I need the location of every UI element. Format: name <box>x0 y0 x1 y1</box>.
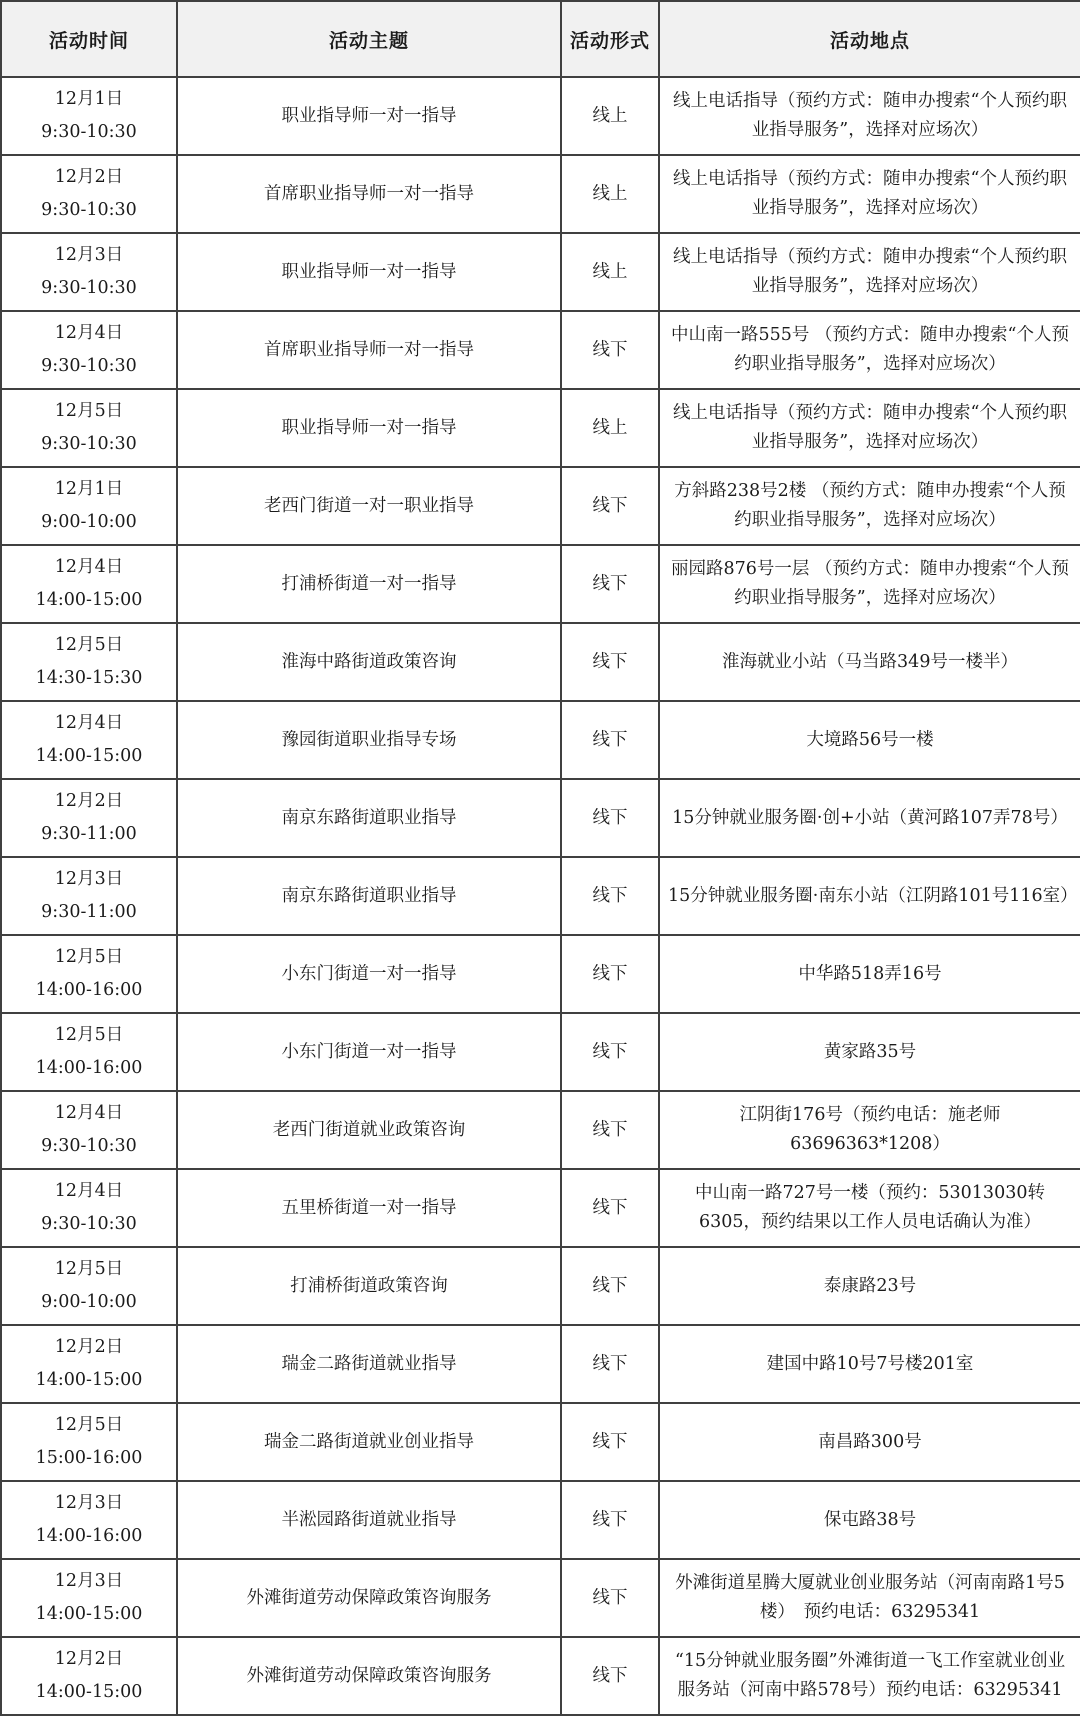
activity-location-cell: 建国中路10号7号楼201室 <box>659 1325 1080 1403</box>
activity-form-cell: 线下 <box>561 1403 659 1481</box>
activity-time: 14:00-16:00 <box>10 1520 168 1553</box>
activity-form-cell: 线下 <box>561 1481 659 1559</box>
activity-location-cell: 黄家路35号 <box>659 1013 1080 1091</box>
activity-location-cell: “15分钟就业服务圈”外滩街道一飞工作室就业创业服务站（河南中路578号）预约电… <box>659 1637 1080 1715</box>
activity-form-cell: 线下 <box>561 623 659 701</box>
activity-time-cell: 12月1日 9:00-10:00 <box>1 467 177 545</box>
activity-date: 12月1日 <box>10 473 168 506</box>
activity-time: 9:30-11:00 <box>10 818 168 851</box>
activity-topic-cell: 首席职业指导师一对一指导 <box>177 311 561 389</box>
activity-date: 12月2日 <box>10 785 168 818</box>
table-row: 12月5日 14:30-15:30 淮海中路街道政策咨询 线下 淮海就业小站（马… <box>1 623 1080 701</box>
activity-time-cell: 12月2日 14:00-15:00 <box>1 1325 177 1403</box>
activity-time-cell: 12月2日 9:30-11:00 <box>1 779 177 857</box>
activity-topic-cell: 南京东路街道职业指导 <box>177 779 561 857</box>
activity-form-cell: 线下 <box>561 1169 659 1247</box>
table-row: 12月3日 9:30-11:00 南京东路街道职业指导 线下 15分钟就业服务圈… <box>1 857 1080 935</box>
activity-date: 12月4日 <box>10 707 168 740</box>
activity-time-cell: 12月5日 14:30-15:30 <box>1 623 177 701</box>
activity-topic-cell: 瑞金二路街道就业创业指导 <box>177 1403 561 1481</box>
activity-location-cell: 线上电话指导（预约方式：随申办搜索“个人预约职业指导服务”，选择对应场次） <box>659 77 1080 155</box>
activity-location-cell: 外滩街道星腾大厦就业创业服务站（河南南路1号5楼） 预约电话：63295341 <box>659 1559 1080 1637</box>
activity-location-cell: 15分钟就业服务圈·创+小站（黄河路107弄78号） <box>659 779 1080 857</box>
table-row: 12月4日 9:30-10:30 五里桥街道一对一指导 线下 中山南一路727号… <box>1 1169 1080 1247</box>
activity-time-cell: 12月2日 9:30-10:30 <box>1 155 177 233</box>
activity-date: 12月5日 <box>10 941 168 974</box>
activity-topic-cell: 职业指导师一对一指导 <box>177 389 561 467</box>
activity-schedule-table: 活动时间 活动主题 活动形式 活动地点 12月1日 9:30-10:30 职业指… <box>0 0 1080 1716</box>
activity-topic-cell: 外滩街道劳动保障政策咨询服务 <box>177 1559 561 1637</box>
activity-date: 12月4日 <box>10 1097 168 1130</box>
activity-form-cell: 线上 <box>561 155 659 233</box>
activity-time: 9:30-10:30 <box>10 1130 168 1163</box>
activity-time-cell: 12月4日 14:00-15:00 <box>1 701 177 779</box>
activity-topic-cell: 半淞园路街道就业指导 <box>177 1481 561 1559</box>
activity-time-cell: 12月1日 9:30-10:30 <box>1 77 177 155</box>
activity-form-cell: 线下 <box>561 1325 659 1403</box>
activity-location-cell: 线上电话指导（预约方式：随申办搜索“个人预约职业指导服务”，选择对应场次） <box>659 155 1080 233</box>
activity-form-cell: 线下 <box>561 779 659 857</box>
activity-form-cell: 线下 <box>561 1091 659 1169</box>
activity-topic-cell: 五里桥街道一对一指导 <box>177 1169 561 1247</box>
activity-topic-cell: 老西门街道一对一职业指导 <box>177 467 561 545</box>
activity-time: 9:30-10:30 <box>10 272 168 305</box>
table-row: 12月2日 9:30-10:30 首席职业指导师一对一指导 线上 线上电话指导（… <box>1 155 1080 233</box>
activity-form-cell: 线下 <box>561 1013 659 1091</box>
activity-location-cell: 南昌路300号 <box>659 1403 1080 1481</box>
activity-time-cell: 12月5日 15:00-16:00 <box>1 1403 177 1481</box>
activity-time-cell: 12月4日 9:30-10:30 <box>1 311 177 389</box>
table-row: 12月3日 14:00-15:00 外滩街道劳动保障政策咨询服务 线下 外滩街道… <box>1 1559 1080 1637</box>
activity-time: 9:00-10:00 <box>10 506 168 539</box>
activity-time: 14:00-15:00 <box>10 1676 168 1709</box>
activity-topic-cell: 小东门街道一对一指导 <box>177 935 561 1013</box>
activity-date: 12月4日 <box>10 1175 168 1208</box>
activity-time: 14:00-15:00 <box>10 740 168 773</box>
activity-date: 12月2日 <box>10 1643 168 1676</box>
activity-time: 14:00-15:00 <box>10 584 168 617</box>
page: 活动时间 活动主题 活动形式 活动地点 12月1日 9:30-10:30 职业指… <box>0 0 1080 1716</box>
activity-time-cell: 12月4日 14:00-15:00 <box>1 545 177 623</box>
table-row: 12月3日 9:30-10:30 职业指导师一对一指导 线上 线上电话指导（预约… <box>1 233 1080 311</box>
table-row: 12月1日 9:00-10:00 老西门街道一对一职业指导 线下 方斜路238号… <box>1 467 1080 545</box>
activity-time-cell: 12月5日 9:30-10:30 <box>1 389 177 467</box>
table-row: 12月5日 9:00-10:00 打浦桥街道政策咨询 线下 泰康路23号 <box>1 1247 1080 1325</box>
activity-topic-cell: 淮海中路街道政策咨询 <box>177 623 561 701</box>
table-row: 12月2日 9:30-11:00 南京东路街道职业指导 线下 15分钟就业服务圈… <box>1 779 1080 857</box>
activity-time: 14:00-15:00 <box>10 1598 168 1631</box>
activity-date: 12月5日 <box>10 1409 168 1442</box>
activity-time: 9:30-10:30 <box>10 194 168 227</box>
table-row: 12月2日 14:00-15:00 外滩街道劳动保障政策咨询服务 线下 “15分… <box>1 1637 1080 1715</box>
header-activity-location: 活动地点 <box>659 1 1080 77</box>
table-row: 12月4日 14:00-15:00 打浦桥街道一对一指导 线下 丽园路876号一… <box>1 545 1080 623</box>
activity-date: 12月1日 <box>10 83 168 116</box>
activity-location-cell: 江阴街176号（预约电话：施老师63696363*1208） <box>659 1091 1080 1169</box>
activity-date: 12月3日 <box>10 1487 168 1520</box>
activity-time-cell: 12月3日 14:00-15:00 <box>1 1559 177 1637</box>
activity-time: 9:30-10:30 <box>10 116 168 149</box>
activity-date: 12月5日 <box>10 629 168 662</box>
table-row: 12月5日 14:00-16:00 小东门街道一对一指导 线下 中华路518弄1… <box>1 935 1080 1013</box>
activity-time: 9:00-10:00 <box>10 1286 168 1319</box>
activity-form-cell: 线下 <box>561 467 659 545</box>
activity-topic-cell: 南京东路街道职业指导 <box>177 857 561 935</box>
activity-form-cell: 线下 <box>561 1637 659 1715</box>
activity-date: 12月5日 <box>10 1019 168 1052</box>
activity-time: 14:00-15:00 <box>10 1364 168 1397</box>
activity-time-cell: 12月3日 9:30-10:30 <box>1 233 177 311</box>
table-row: 12月5日 15:00-16:00 瑞金二路街道就业创业指导 线下 南昌路300… <box>1 1403 1080 1481</box>
activity-date: 12月2日 <box>10 1331 168 1364</box>
header-activity-form: 活动形式 <box>561 1 659 77</box>
activity-time: 9:30-10:30 <box>10 1208 168 1241</box>
activity-location-cell: 泰康路23号 <box>659 1247 1080 1325</box>
table-row: 12月1日 9:30-10:30 职业指导师一对一指导 线上 线上电话指导（预约… <box>1 77 1080 155</box>
activity-time-cell: 12月4日 9:30-10:30 <box>1 1169 177 1247</box>
table-row: 12月4日 9:30-10:30 老西门街道就业政策咨询 线下 江阴街176号（… <box>1 1091 1080 1169</box>
activity-form-cell: 线上 <box>561 77 659 155</box>
activity-time: 9:30-10:30 <box>10 350 168 383</box>
activity-topic-cell: 小东门街道一对一指导 <box>177 1013 561 1091</box>
activity-time: 9:30-11:00 <box>10 896 168 929</box>
activity-form-cell: 线下 <box>561 311 659 389</box>
activity-time: 15:00-16:00 <box>10 1442 168 1475</box>
activity-time-cell: 12月2日 14:00-15:00 <box>1 1637 177 1715</box>
activity-topic-cell: 老西门街道就业政策咨询 <box>177 1091 561 1169</box>
activity-topic-cell: 瑞金二路街道就业指导 <box>177 1325 561 1403</box>
activity-date: 12月3日 <box>10 863 168 896</box>
activity-date: 12月2日 <box>10 161 168 194</box>
activity-form-cell: 线下 <box>561 935 659 1013</box>
table-body: 12月1日 9:30-10:30 职业指导师一对一指导 线上 线上电话指导（预约… <box>1 77 1080 1715</box>
activity-time: 14:00-16:00 <box>10 974 168 1007</box>
activity-location-cell: 15分钟就业服务圈·南东小站（江阴路101号116室） <box>659 857 1080 935</box>
activity-time-cell: 12月5日 9:00-10:00 <box>1 1247 177 1325</box>
activity-form-cell: 线上 <box>561 389 659 467</box>
table-row: 12月4日 9:30-10:30 首席职业指导师一对一指导 线下 中山南一路55… <box>1 311 1080 389</box>
activity-location-cell: 淮海就业小站（马当路349号一楼半） <box>659 623 1080 701</box>
activity-location-cell: 方斜路238号2楼 （预约方式：随申办搜索“个人预约职业指导服务”，选择对应场次… <box>659 467 1080 545</box>
activity-date: 12月3日 <box>10 239 168 272</box>
activity-form-cell: 线下 <box>561 701 659 779</box>
activity-topic-cell: 职业指导师一对一指导 <box>177 77 561 155</box>
activity-time: 14:00-16:00 <box>10 1052 168 1085</box>
activity-topic-cell: 外滩街道劳动保障政策咨询服务 <box>177 1637 561 1715</box>
activity-topic-cell: 豫园街道职业指导专场 <box>177 701 561 779</box>
activity-location-cell: 中华路518弄16号 <box>659 935 1080 1013</box>
activity-form-cell: 线上 <box>561 233 659 311</box>
activity-location-cell: 保屯路38号 <box>659 1481 1080 1559</box>
activity-topic-cell: 首席职业指导师一对一指导 <box>177 155 561 233</box>
header-activity-time: 活动时间 <box>1 1 177 77</box>
activity-time-cell: 12月4日 9:30-10:30 <box>1 1091 177 1169</box>
activity-location-cell: 中山南一路555号 （预约方式：随申办搜索“个人预约职业指导服务”，选择对应场次… <box>659 311 1080 389</box>
activity-topic-cell: 打浦桥街道一对一指导 <box>177 545 561 623</box>
activity-time-cell: 12月3日 14:00-16:00 <box>1 1481 177 1559</box>
activity-form-cell: 线下 <box>561 857 659 935</box>
activity-date: 12月4日 <box>10 317 168 350</box>
table-row: 12月5日 14:00-16:00 小东门街道一对一指导 线下 黄家路35号 <box>1 1013 1080 1091</box>
activity-form-cell: 线下 <box>561 545 659 623</box>
header-activity-topic: 活动主题 <box>177 1 561 77</box>
activity-time: 9:30-10:30 <box>10 428 168 461</box>
activity-date: 12月4日 <box>10 551 168 584</box>
activity-location-cell: 线上电话指导（预约方式：随申办搜索“个人预约职业指导服务”，选择对应场次） <box>659 233 1080 311</box>
header-row: 活动时间 活动主题 活动形式 活动地点 <box>1 1 1080 77</box>
activity-form-cell: 线下 <box>561 1247 659 1325</box>
activity-time-cell: 12月5日 14:00-16:00 <box>1 935 177 1013</box>
table-row: 12月5日 9:30-10:30 职业指导师一对一指导 线上 线上电话指导（预约… <box>1 389 1080 467</box>
activity-topic-cell: 打浦桥街道政策咨询 <box>177 1247 561 1325</box>
table-row: 12月3日 14:00-16:00 半淞园路街道就业指导 线下 保屯路38号 <box>1 1481 1080 1559</box>
activity-date: 12月5日 <box>10 395 168 428</box>
table-row: 12月4日 14:00-15:00 豫园街道职业指导专场 线下 大境路56号一楼 <box>1 701 1080 779</box>
activity-location-cell: 大境路56号一楼 <box>659 701 1080 779</box>
activity-location-cell: 丽园路876号一层 （预约方式：随申办搜索“个人预约职业指导服务”，选择对应场次… <box>659 545 1080 623</box>
activity-location-cell: 线上电话指导（预约方式：随申办搜索“个人预约职业指导服务”，选择对应场次） <box>659 389 1080 467</box>
activity-time-cell: 12月3日 9:30-11:00 <box>1 857 177 935</box>
activity-date: 12月3日 <box>10 1565 168 1598</box>
activity-time: 14:30-15:30 <box>10 662 168 695</box>
activity-date: 12月5日 <box>10 1253 168 1286</box>
activity-time-cell: 12月5日 14:00-16:00 <box>1 1013 177 1091</box>
activity-location-cell: 中山南一路727号一楼（预约：53013030转6305，预约结果以工作人员电话… <box>659 1169 1080 1247</box>
table-row: 12月2日 14:00-15:00 瑞金二路街道就业指导 线下 建国中路10号7… <box>1 1325 1080 1403</box>
activity-form-cell: 线下 <box>561 1559 659 1637</box>
activity-topic-cell: 职业指导师一对一指导 <box>177 233 561 311</box>
